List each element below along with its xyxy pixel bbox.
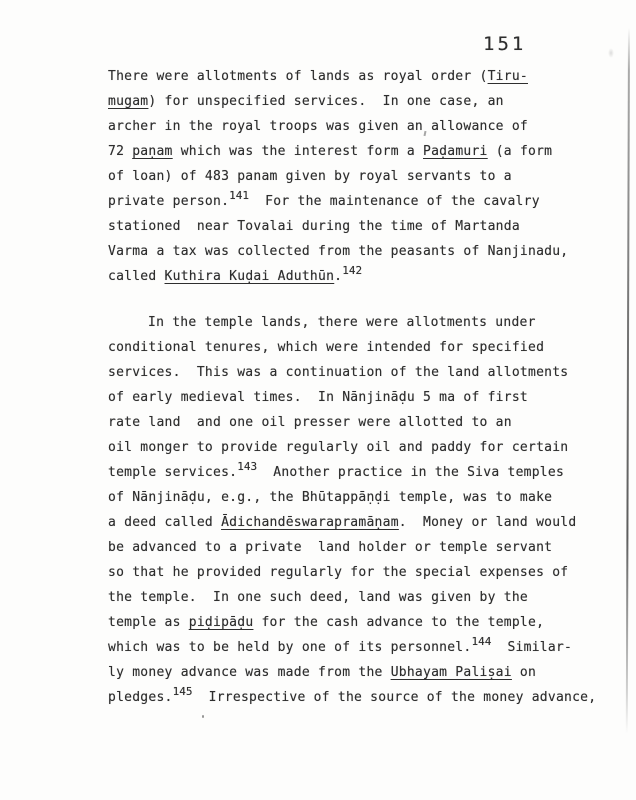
underlined-term: piḍipāḍu — [189, 615, 254, 630]
text-line: of Nānjināḍu, e.g., the Bhūtappāṇḍi temp… — [108, 485, 578, 510]
text-line: conditional tenures, which were intended… — [108, 335, 578, 360]
text-line: of loan) of 483 panam given by royal ser… — [108, 164, 578, 189]
text-segment: a deed called — [108, 515, 221, 530]
underlined-term: Paḍamuri — [423, 144, 488, 159]
underlined-term: Ādichandēswarapramāṇam — [221, 515, 399, 530]
paragraph: In the temple lands, there were allotmen… — [108, 310, 578, 710]
scan-edge-artifact — [626, 28, 630, 734]
document-body: There were allotments of lands as royal … — [108, 64, 578, 710]
text-line: stationed near Tovalai during the time o… — [108, 214, 578, 239]
text-line: oil monger to provide regularly oil and … — [108, 435, 578, 460]
text-segment: rate land and one oil presser were allot… — [108, 415, 512, 430]
text-segment: (a form — [488, 144, 553, 159]
text-segment: pledges. — [108, 690, 173, 705]
text-line: which was to be held by one of its perso… — [108, 635, 578, 660]
text-line: 72 paṇam which was the interest form a P… — [108, 139, 578, 164]
footnote-ref: 143 — [237, 460, 257, 473]
text-line: temple services.143 Another practice in … — [108, 460, 578, 485]
text-segment: on — [512, 665, 536, 680]
text-line: Varma a tax was collected from the peasa… — [108, 239, 578, 264]
text-line: temple as piḍipāḍu for the cash advance … — [108, 610, 578, 635]
text-line: of early medieval times. In Nānjināḍu 5 … — [108, 385, 578, 410]
paragraph: There were allotments of lands as royal … — [108, 64, 578, 289]
text-segment: of Nānjināḍu, e.g., the Bhūtappāṇḍi temp… — [108, 490, 552, 505]
text-segment: Varma a tax was collected from the peasa… — [108, 244, 568, 259]
text-segment: temple services. — [108, 465, 237, 480]
underlined-term: mugam — [108, 94, 148, 109]
footnote-ref: 142 — [342, 264, 362, 277]
text-segment: ly money advance was made from the — [108, 665, 391, 680]
text-segment: which was the interest form a — [173, 144, 423, 159]
text-segment: oil monger to provide regularly oil and … — [108, 440, 568, 455]
text-line: the temple. In one such deed, land was g… — [108, 585, 578, 610]
text-segment: private person. — [108, 194, 229, 209]
text-line: services. This was a continuation of the… — [108, 360, 578, 385]
text-segment: called — [108, 269, 165, 284]
page-number: 151 — [483, 33, 526, 55]
text-line: called Kuthira Kuḍai Aduthūn.142 — [108, 264, 578, 289]
text-segment: stationed near Tovalai during the time o… — [108, 219, 520, 234]
text-segment: Irrespective of the source of the money … — [193, 690, 597, 705]
text-segment: conditional tenures, which were intended… — [108, 340, 544, 355]
text-segment: ) for unspecified services. In one case,… — [148, 94, 503, 109]
text-line: a deed called Ādichandēswarapramāṇam. Mo… — [108, 510, 578, 535]
underlined-term: Ubhayam Paliṣai — [391, 665, 512, 680]
text-segment: archer in the royal troops was given an … — [108, 119, 528, 134]
text-line: mugam) for unspecified services. In one … — [108, 89, 578, 114]
text-segment: of early medieval times. In Nānjināḍu 5 … — [108, 390, 528, 405]
text-line: rate land and one oil presser were allot… — [108, 410, 578, 435]
footnote-ref: 144 — [471, 635, 491, 648]
text-segment: be advanced to a private land holder or … — [108, 540, 552, 555]
text-segment: services. This was a continuation of the… — [108, 365, 568, 380]
text-line: pledges.145 Irrespective of the source o… — [108, 685, 578, 710]
footnote-ref: 141 — [229, 189, 249, 202]
text-line: There were allotments of lands as royal … — [108, 64, 578, 89]
text-line: be advanced to a private land holder or … — [108, 535, 578, 560]
underlined-term: Tiru- — [488, 69, 528, 84]
underlined-term: Kuthira Kuḍai Aduthūn — [165, 269, 335, 284]
scan-smudge-artifact — [608, 48, 614, 58]
text-segment: which was to be held by one of its perso… — [108, 640, 471, 655]
text-segment: . Money or land would — [399, 515, 577, 530]
text-segment: Another practice in the Siva temples — [257, 465, 564, 480]
text-line: ly money advance was made from the Ubhay… — [108, 660, 578, 685]
scanned-page: 151 There were allotments of lands as ro… — [0, 0, 636, 800]
text-segment: For the maintenance of the cavalry — [249, 194, 540, 209]
text-line: In the temple lands, there were allotmen… — [108, 310, 578, 335]
text-segment: 72 — [108, 144, 132, 159]
text-segment: In the temple lands, there were allotmen… — [148, 315, 536, 330]
text-segment: There were allotments of lands as royal … — [108, 69, 488, 84]
scan-speck-artifact — [202, 715, 204, 718]
text-segment: for the cash advance to the temple, — [253, 615, 544, 630]
text-segment: so that he provided regularly for the sp… — [108, 565, 568, 580]
text-line: archer in the royal troops was given an … — [108, 114, 578, 139]
footnote-ref: 145 — [173, 685, 193, 698]
text-segment: Similar- — [491, 640, 572, 655]
text-segment: temple as — [108, 615, 189, 630]
text-line: private person.141 For the maintenance o… — [108, 189, 578, 214]
text-line: so that he provided regularly for the sp… — [108, 560, 578, 585]
underlined-term: paṇam — [132, 144, 172, 159]
text-segment: the temple. In one such deed, land was g… — [108, 590, 528, 605]
text-segment: of loan) of 483 panam given by royal ser… — [108, 169, 512, 184]
